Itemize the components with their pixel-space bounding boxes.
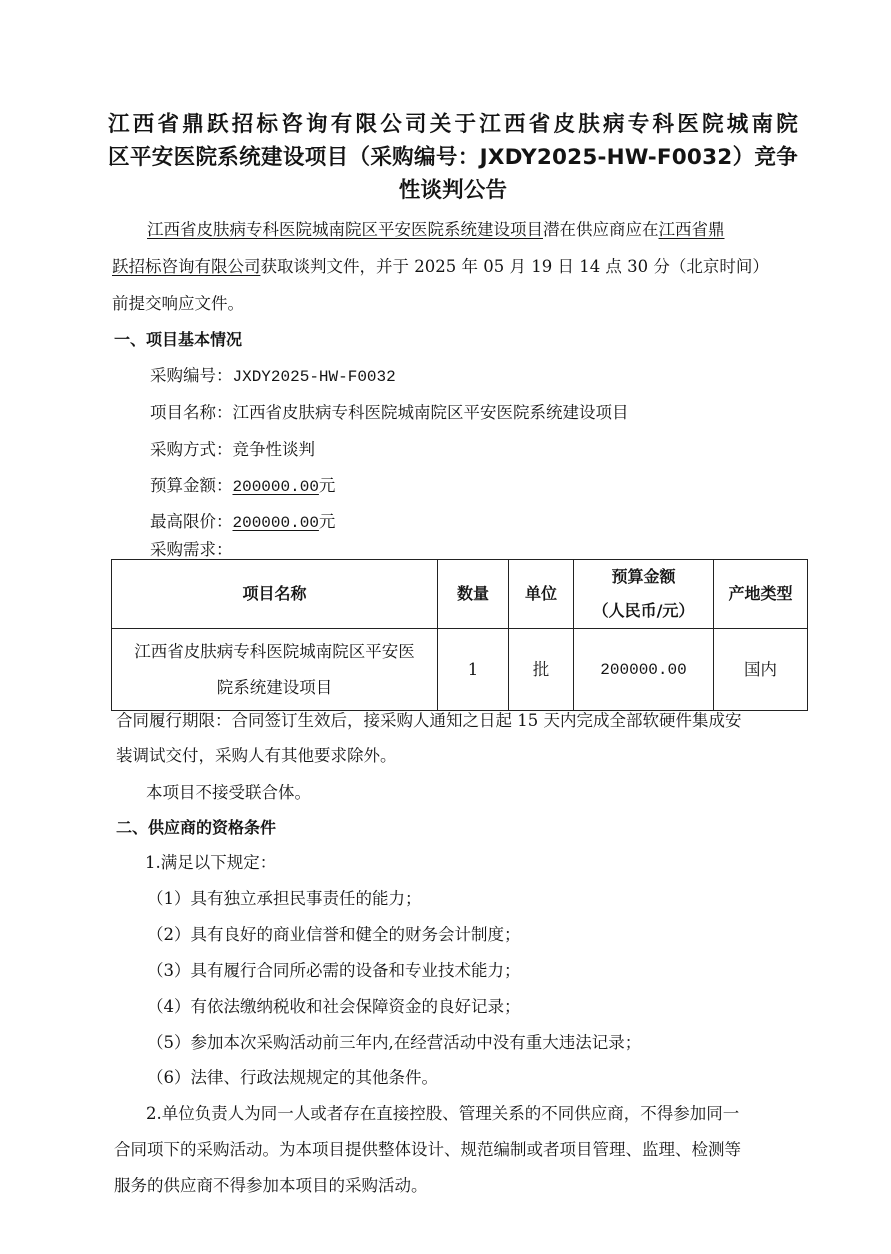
- field-suffix: 元: [319, 476, 336, 495]
- condition-3: （3）具有履行合同所必需的设备和专业技术能力；: [147, 961, 521, 981]
- cell-project-name: 江西省皮肤病专科医院城南院区平安医 院系统建设项目: [112, 629, 438, 711]
- field-value: JXDY2025-HW-F0032: [233, 368, 396, 386]
- field-value: 竞争性谈判: [233, 440, 316, 459]
- header-unit: 单位: [509, 560, 574, 629]
- title-line-3: 性谈判公告: [108, 174, 798, 207]
- condition-4: （4）有依法缴纳税收和社会保障资金的良好记录；: [147, 997, 521, 1017]
- condition-2: （2）具有良好的商业信誉和健全的财务会计制度；: [147, 925, 521, 945]
- cell-unit: 批: [509, 629, 574, 711]
- section1-heading: 一、项目基本情况: [114, 330, 242, 350]
- cell-quantity: 1: [438, 629, 509, 711]
- field-suffix: 元: [319, 512, 336, 531]
- requirement-item-2-line-1: 2.单位负责人为同一人或者存在直接控股、管理关系的不同供应商，不得参加同一: [146, 1104, 739, 1124]
- document-title: 江西省鼎跃招标咨询有限公司关于江西省皮肤病专科医院城南院 区平安医院系统建设项目…: [108, 108, 798, 207]
- condition-5: （5）参加本次采购活动前三年内,在经营活动中没有重大违法记录；: [147, 1033, 641, 1053]
- condition-6: （6）法律、行政法规规定的其他条件。: [147, 1068, 438, 1088]
- requirements-table: 项目名称 数量 单位 预算金额 （人民币/元） 产地类型 江西省皮肤病专科医院城…: [111, 559, 808, 711]
- requirement-item-2-line-2: 合同项下的采购活动。为本项目提供整体设计、规范编制或者项目管理、监理、检测等: [114, 1140, 741, 1160]
- field-project-name: 项目名称：江西省皮肤病专科医院城南院区平安医院系统建设项目: [150, 403, 629, 423]
- header-budget: 预算金额 （人民币/元）: [574, 560, 714, 629]
- field-max-price: 最高限价：200000.00元: [150, 512, 335, 533]
- field-label: 预算金额：: [150, 476, 233, 495]
- field-label: 最高限价：: [150, 512, 233, 531]
- title-line-1: 江西省鼎跃招标咨询有限公司关于江西省皮肤病专科医院城南院: [108, 108, 798, 141]
- header-project-name: 项目名称: [112, 560, 438, 629]
- title-line-2: 区平安医院系统建设项目（采购编号：JXDY2025-HW-F0032）竞争: [108, 141, 798, 174]
- field-value: 江西省皮肤病专科医院城南院区平安医院系统建设项目: [233, 403, 629, 422]
- table-row: 江西省皮肤病专科医院城南院区平安医 院系统建设项目 1 批 200000.00 …: [112, 629, 808, 711]
- section2-heading: 二、供应商的资格条件: [116, 818, 276, 838]
- field-label: 采购编号：: [150, 366, 233, 385]
- project-name-link: 江西省皮肤病专科医院城南院区平安医院系统建设项目: [147, 220, 543, 239]
- requirement-item-2-line-3: 服务的供应商不得参加本项目的采购活动。: [114, 1176, 428, 1196]
- agency-name-link: 江西省鼎: [659, 220, 725, 239]
- field-value: 200000.00: [233, 514, 319, 532]
- field-budget-amount: 预算金额：200000.00元: [150, 476, 335, 497]
- field-procurement-number: 采购编号：JXDY2025-HW-F0032: [150, 366, 396, 387]
- consortium-note: 本项目不接受联合体。: [146, 783, 311, 803]
- field-procurement-method: 采购方式：竞争性谈判: [150, 440, 315, 460]
- field-label: 采购方式：: [150, 440, 233, 459]
- table-header-row: 项目名称 数量 单位 预算金额 （人民币/元） 产地类型: [112, 560, 808, 629]
- intro-text-2: 获取谈判文件，并于 2025 年 05 月 19 日 14 点 30 分（北京时…: [261, 257, 769, 276]
- header-budget-line-1: 预算金额: [574, 560, 713, 594]
- header-budget-line-2: （人民币/元）: [574, 594, 713, 628]
- intro-text-1: 潜在供应商应在: [543, 220, 659, 239]
- requirement-item-1: 1.满足以下规定：: [145, 853, 276, 873]
- field-label: 项目名称：: [150, 403, 233, 422]
- agency-name-link-cont: 跃招标咨询有限公司: [112, 257, 261, 276]
- cell-project-name-line-2: 院系统建设项目: [112, 670, 437, 706]
- field-value: 200000.00: [233, 478, 319, 496]
- cell-budget: 200000.00: [574, 629, 714, 711]
- intro-line-3: 前提交响应文件。: [112, 294, 244, 314]
- cell-origin: 国内: [714, 629, 808, 711]
- intro-line-1: 江西省皮肤病专科医院城南院区平安医院系统建设项目潜在供应商应在江西省鼎: [147, 220, 725, 240]
- contract-period-line-1: 合同履行期限：合同签订生效后，接采购人通知之日起 15 天内完成全部软硬件集成安: [116, 711, 742, 731]
- header-quantity: 数量: [438, 560, 509, 629]
- cell-project-name-line-1: 江西省皮肤病专科医院城南院区平安医: [112, 634, 437, 670]
- requirements-label: 采购需求：: [150, 540, 233, 560]
- header-origin: 产地类型: [714, 560, 808, 629]
- contract-period-line-2: 装调试交付，采购人有其他要求除外。: [116, 746, 397, 766]
- condition-1: （1）具有独立承担民事责任的能力；: [147, 889, 422, 909]
- intro-line-2: 跃招标咨询有限公司获取谈判文件，并于 2025 年 05 月 19 日 14 点…: [112, 257, 769, 277]
